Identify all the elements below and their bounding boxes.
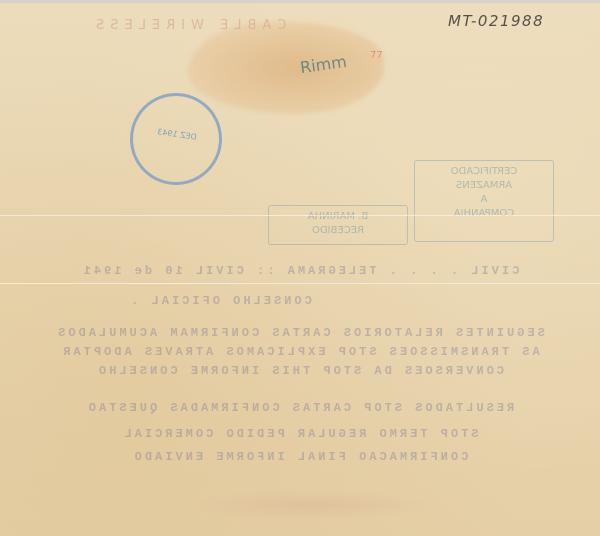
- typed-line: SEGUINTES RELATORIOS CARTAS CONFIRMAM AC…: [0, 326, 600, 340]
- stamp-left: B. MARINHA RECEBIDO: [268, 205, 408, 245]
- stamp-right-line: A: [421, 193, 547, 207]
- catalog-reference-id: MT-021988: [448, 12, 544, 30]
- stamp-left-line: RECEBIDO: [275, 224, 401, 238]
- typed-line: CONSELHO OFICIAL .: [0, 294, 520, 308]
- stamp-right-line: CERTIFICADO: [421, 165, 547, 179]
- typed-line: CONVERSOES DA STOP THIS INFORME CONSELHO: [0, 364, 600, 378]
- stamp-right-line: COMPANHIA: [421, 207, 547, 221]
- fold-line: [0, 215, 600, 216]
- stamp-left-line: B. MARINHA: [275, 210, 401, 224]
- postmark-stamp-icon: DEZ 1943: [130, 93, 222, 185]
- typed-line: CIVIL . . . . TELEGRAMA :: CIVIL 10 de 1…: [0, 264, 600, 278]
- fold-line: [0, 283, 600, 284]
- stamp-right-line: ARMAZENS: [421, 179, 547, 193]
- typed-line: CONFIRMACAO FINAL INFORME ENVIADO: [0, 450, 600, 464]
- typed-line: RESULTADOS STOP CARTAS CONFIRMADAS QUEST…: [0, 401, 600, 415]
- typed-line: AS TRANSMISSOES STOP EXPLICAMOS ATRAVES …: [0, 345, 600, 359]
- typed-line: STOP TERMO REGULAR PEDIDO COMERCIAL: [0, 427, 600, 441]
- postmark-text: DEZ 1943: [147, 126, 208, 143]
- red-ink-mark: 77: [370, 50, 383, 61]
- water-stain: [188, 22, 384, 114]
- bottom-smudge: [180, 490, 440, 520]
- stamp-right: CERTIFICADO ARMAZENS A COMPANHIA: [414, 160, 554, 242]
- scan-edge: [0, 0, 600, 3]
